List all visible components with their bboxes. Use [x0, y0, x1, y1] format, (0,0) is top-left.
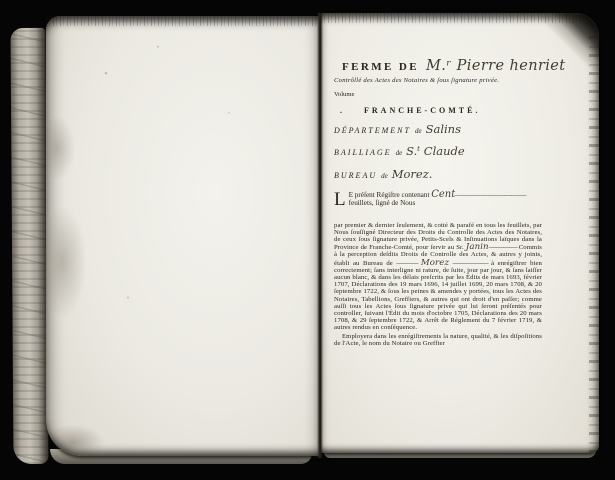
- register-intro: LE préſent Régiſtre contenant Cent——————…: [334, 191, 554, 208]
- declaration-seg3: à enrégiſtrer bien correctement; ſans in…: [334, 260, 542, 332]
- bureau-value-handwritten: Morez.: [392, 167, 433, 181]
- bailliage-label: BAILLIAGE: [334, 148, 392, 157]
- ferme-label: FERME DE: [342, 61, 419, 73]
- owner-name-handwritten: M.ʳ Pierre henriet: [426, 58, 566, 74]
- archival-scan: FERME DE M.ʳ Pierre henriet Contrôllé de…: [0, 0, 615, 480]
- departement-value-handwritten: Salins: [426, 122, 461, 136]
- book-left-edge: [10, 28, 48, 464]
- page-edge-specks: [589, 13, 599, 453]
- fill-rule-after-fill: —————: [453, 258, 488, 267]
- controle-subtitle: Contrôllé des Actes des Notaires & ſous …: [334, 77, 554, 84]
- register-declaration-paragraph: par premier & dernier ſeulement, & cotté…: [334, 222, 542, 332]
- bailliage-line: BAILLIAGE de S.ᵗ Claude: [334, 142, 554, 160]
- province-heading: .FRANCHE-COMTÉ.: [334, 106, 554, 115]
- register-intro-line1: E préſent Régiſtre contenant: [349, 191, 430, 199]
- ferme-heading: FERME DE M.ʳ Pierre henriet: [342, 57, 554, 75]
- departement-particle: de: [415, 127, 422, 135]
- dropcap-initial: L: [334, 192, 346, 208]
- bureau-label: BUREAU: [334, 171, 377, 180]
- bailliage-value-handwritten: S.ᵗ Claude: [406, 144, 465, 158]
- page-gutter: [317, 13, 323, 458]
- bureau-particle: de: [381, 172, 388, 180]
- left-page-blank: [46, 16, 319, 456]
- bailliage-particle: de: [396, 149, 403, 157]
- departement-line: DÉPARTEMENT de Salins: [334, 120, 554, 138]
- title-page-content: FERME DE M.ʳ Pierre henriet Contrôllé de…: [334, 57, 554, 347]
- fill-rule-after-bureau: ———: [396, 258, 417, 267]
- departement-label: DÉPARTEMENT: [334, 126, 411, 135]
- right-page: FERME DE M.ʳ Pierre henriet Contrôllé de…: [321, 13, 599, 453]
- folio-fill-rule: ——————————: [455, 190, 525, 199]
- leading-dot: .: [340, 106, 342, 115]
- folio-count-handwritten: Cent: [431, 189, 455, 200]
- province-name: FRANCHE-COMTÉ.: [364, 106, 480, 115]
- closing-paragraph: Employera dans les enrégiſtrements la na…: [334, 333, 542, 347]
- volume-label: Volume: [334, 91, 554, 98]
- bureau-line: BUREAU de Morez.: [334, 165, 554, 183]
- register-intro-line2: feuillets, ſigné de Nous: [349, 199, 416, 207]
- fill-rule-after-name: ————: [489, 242, 517, 251]
